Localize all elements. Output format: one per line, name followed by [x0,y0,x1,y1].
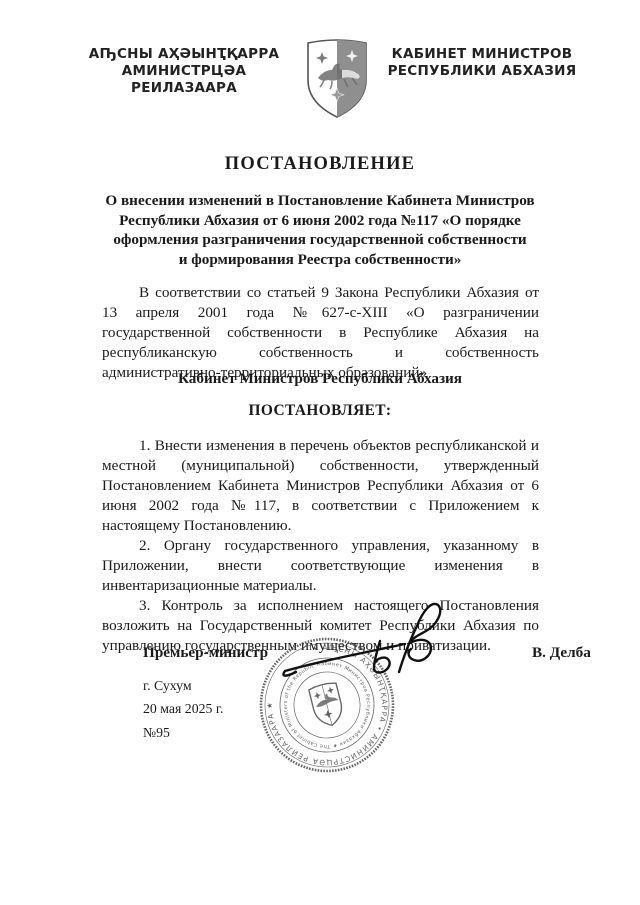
resolves-heading: ПОСТАНОВЛЯЕТ: [0,402,640,420]
signatory-post: Премьер-министр [143,644,268,662]
signatory-name: В. Делба [532,644,591,662]
org-name-russian-line1: КАБИНЕТ МИНИСТРОВ [384,46,580,63]
document-title-line: и формирования Реестра собственности» [88,250,552,270]
org-name-abkhaz-line2: АМИНИСТРЦӘА РЕИЛАЗААРА [70,63,298,97]
org-name-abkhaz-line1: АҦСНЫ АҲӘЫНҬҚАРРА [70,46,298,63]
signature-place: г. Сухум [143,678,192,694]
signature-autograph [262,596,447,692]
document-title: О внесении изменений в Постановление Каб… [88,191,552,269]
document-page: АҦСНЫ АҲӘЫНҬҚАРРА АМИНИСТРЦӘА РЕИЛАЗААРА [0,0,640,905]
document-title-line: Республики Абхазия от 6 июня 2002 года №… [88,211,552,231]
resolution-item-1: 1. Внести изменения в перечень объектов … [102,436,539,536]
org-name-russian-line2: РЕСПУБЛИКИ АБХАЗИЯ [384,63,580,80]
document-title-line: оформления разграничения государственной… [88,230,552,250]
preamble-paragraph: В соответствии со статьей 9 Закона Респу… [102,283,539,383]
org-name-russian: КАБИНЕТ МИНИСТРОВ РЕСПУБЛИКИ АБХАЗИЯ [384,46,580,80]
issuer-line: Кабинет Министров Республики Абхазия [0,370,640,388]
coat-of-arms-icon [304,36,370,122]
document-title-line: О внесении изменений в Постановление Каб… [88,191,552,211]
resolution-item-2: 2. Органу государственного управления, у… [102,536,539,596]
org-name-abkhaz: АҦСНЫ АҲӘЫНҬҚАРРА АМИНИСТРЦӘА РЕИЛАЗААРА [70,46,298,97]
document-number: №95 [143,725,170,741]
signature-date: 20 мая 2025 г. [143,701,223,717]
document-type-heading: ПОСТАНОВЛЕНИЕ [0,154,640,175]
